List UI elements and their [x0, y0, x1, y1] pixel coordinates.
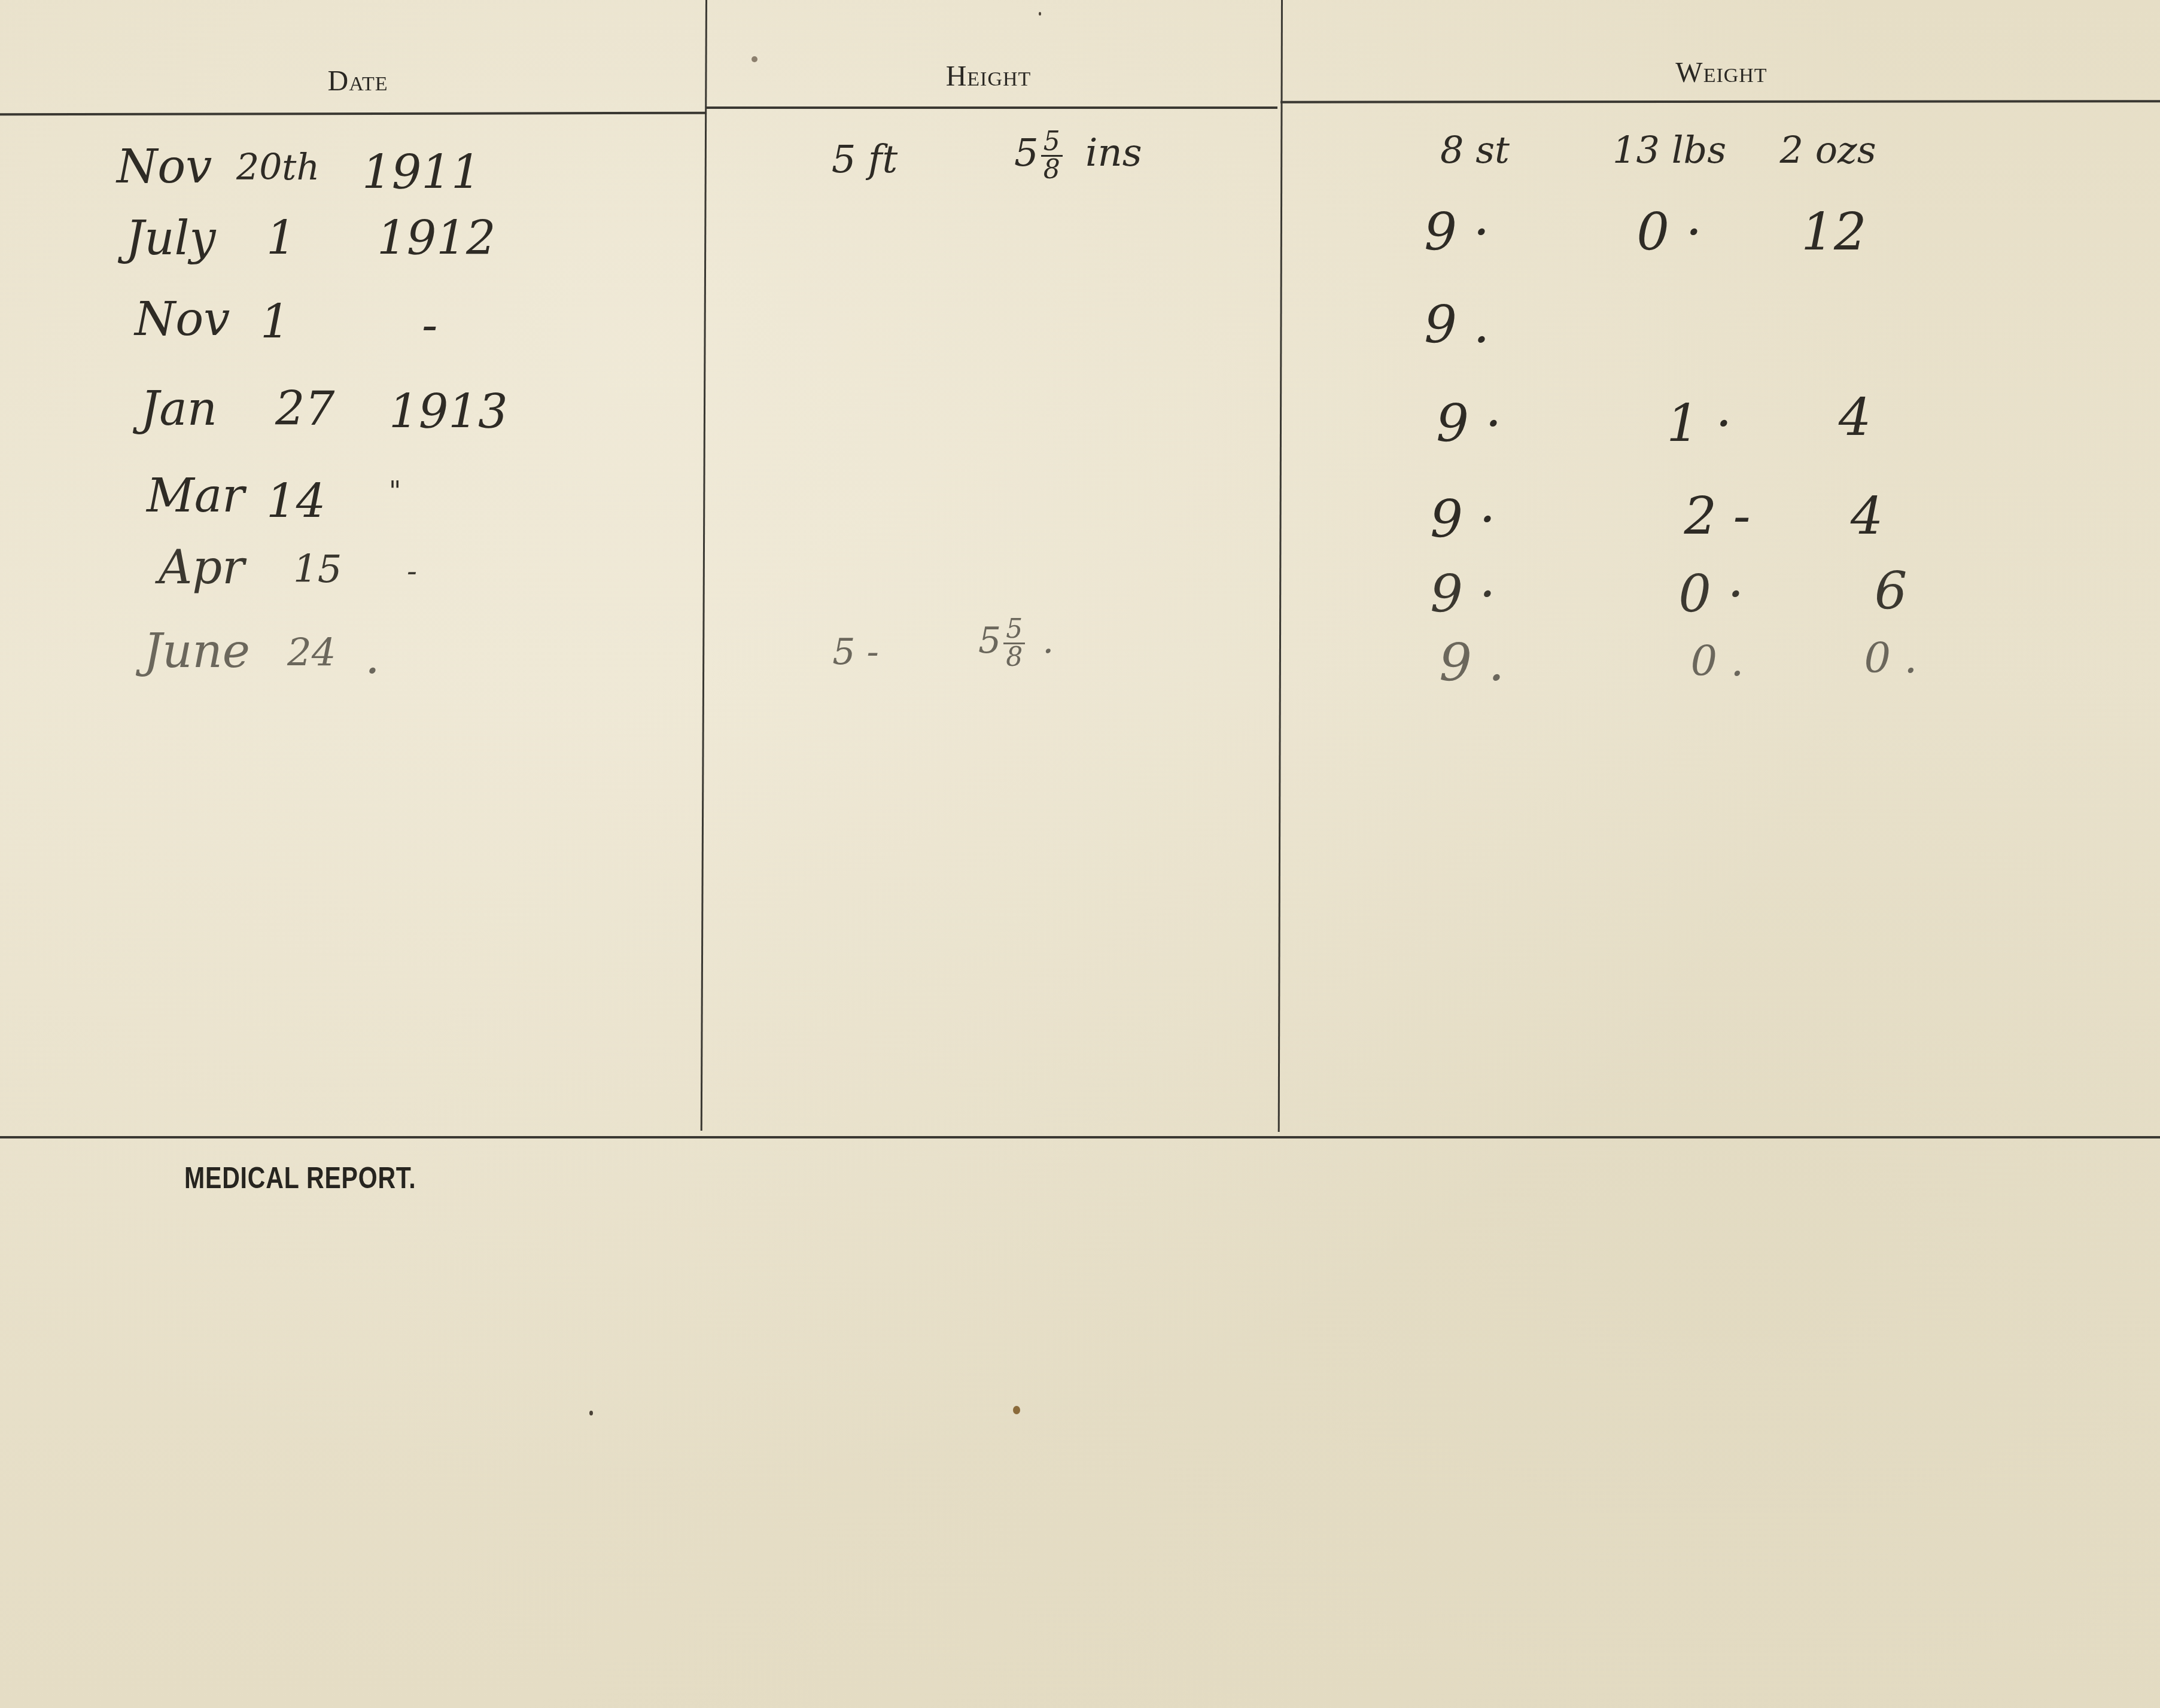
date-year: "	[389, 479, 401, 505]
date-year: 1912	[377, 215, 496, 262]
date-day: 14	[266, 479, 325, 525]
weight-stone: 9 ·	[1430, 494, 1495, 545]
weight-stone: 9 ·	[1436, 398, 1501, 449]
height-unit: ins	[1085, 131, 1142, 175]
height-inches: 558 .	[978, 616, 1054, 671]
column-header-weight: Weight	[1675, 56, 1767, 89]
weight-lbs: 1 ·	[1666, 398, 1732, 449]
column-header-height: Height	[946, 60, 1032, 93]
column-divider-date-height	[701, 0, 707, 1131]
height-inches: 558 ins	[1014, 129, 1142, 183]
date-day: 20th	[236, 150, 320, 185]
paper-speck	[1013, 1406, 1020, 1414]
column-divider-height-weight	[1278, 0, 1283, 1132]
weight-lbs: 0 .	[1690, 640, 1744, 682]
paper-speck	[589, 1411, 593, 1415]
weight-stone: 9 ·	[1424, 206, 1489, 258]
header-rule-date	[0, 112, 706, 115]
weight-oz: 2 ozs	[1780, 132, 1876, 169]
weight-lbs: 2 -	[1684, 491, 1750, 542]
date-day: 1	[266, 215, 296, 262]
height-inches-fraction: 58	[1003, 616, 1025, 671]
medical-report-body	[0, 1220, 2160, 1708]
height-feet: 5 ft	[832, 141, 898, 179]
paper-speck	[752, 56, 757, 62]
weight-lbs: 0 ·	[1636, 206, 1702, 258]
weight-oz: 0 .	[1864, 637, 1917, 679]
weight-stone: 8 st	[1440, 132, 1510, 169]
medical-report-rule	[0, 1136, 2160, 1138]
weight-lbs: 0 ·	[1678, 568, 1744, 620]
date-day: 15	[293, 550, 342, 589]
date-day: 1	[260, 299, 290, 346]
weight-stone: 9 ·	[1430, 568, 1495, 620]
weight-stone: 9 .	[1424, 299, 1489, 351]
height-unit: .	[1042, 620, 1054, 662]
date-month: July	[126, 215, 216, 262]
date-month: June	[144, 628, 250, 675]
date-year: .	[365, 634, 380, 681]
header-rule-weight	[1280, 100, 2160, 103]
date-year: -	[422, 302, 437, 349]
date-day: 27	[275, 386, 334, 433]
header-rule-height	[706, 106, 1277, 109]
height-inches-fraction: 58	[1041, 129, 1063, 183]
date-month: Mar	[147, 473, 245, 519]
weight-oz: 4	[1839, 392, 1872, 443]
date-year: 1911	[362, 150, 481, 196]
height-inches-whole: 5	[1014, 131, 1039, 175]
weight-lbs: 13 lbs	[1613, 132, 1726, 169]
date-day: 24	[287, 634, 336, 672]
date-month: Nov	[117, 144, 212, 190]
weight-oz: 4	[1851, 491, 1884, 542]
weight-stone: 9 .	[1439, 637, 1504, 689]
date-month: Jan	[141, 386, 217, 433]
date-year: 1913	[389, 389, 508, 436]
column-header-date: Date	[328, 65, 388, 98]
height-inches-whole: 5	[978, 620, 1001, 662]
height-feet: 5 -	[832, 634, 879, 670]
paper-speck	[1039, 12, 1041, 16]
date-month: Nov	[135, 296, 230, 343]
weight-oz: 12	[1801, 206, 1866, 258]
date-year: -	[407, 556, 417, 586]
date-month: Apr	[159, 544, 245, 591]
weight-oz: 6	[1875, 565, 1908, 617]
medical-report-title: MEDICAL REPORT.	[184, 1161, 416, 1195]
